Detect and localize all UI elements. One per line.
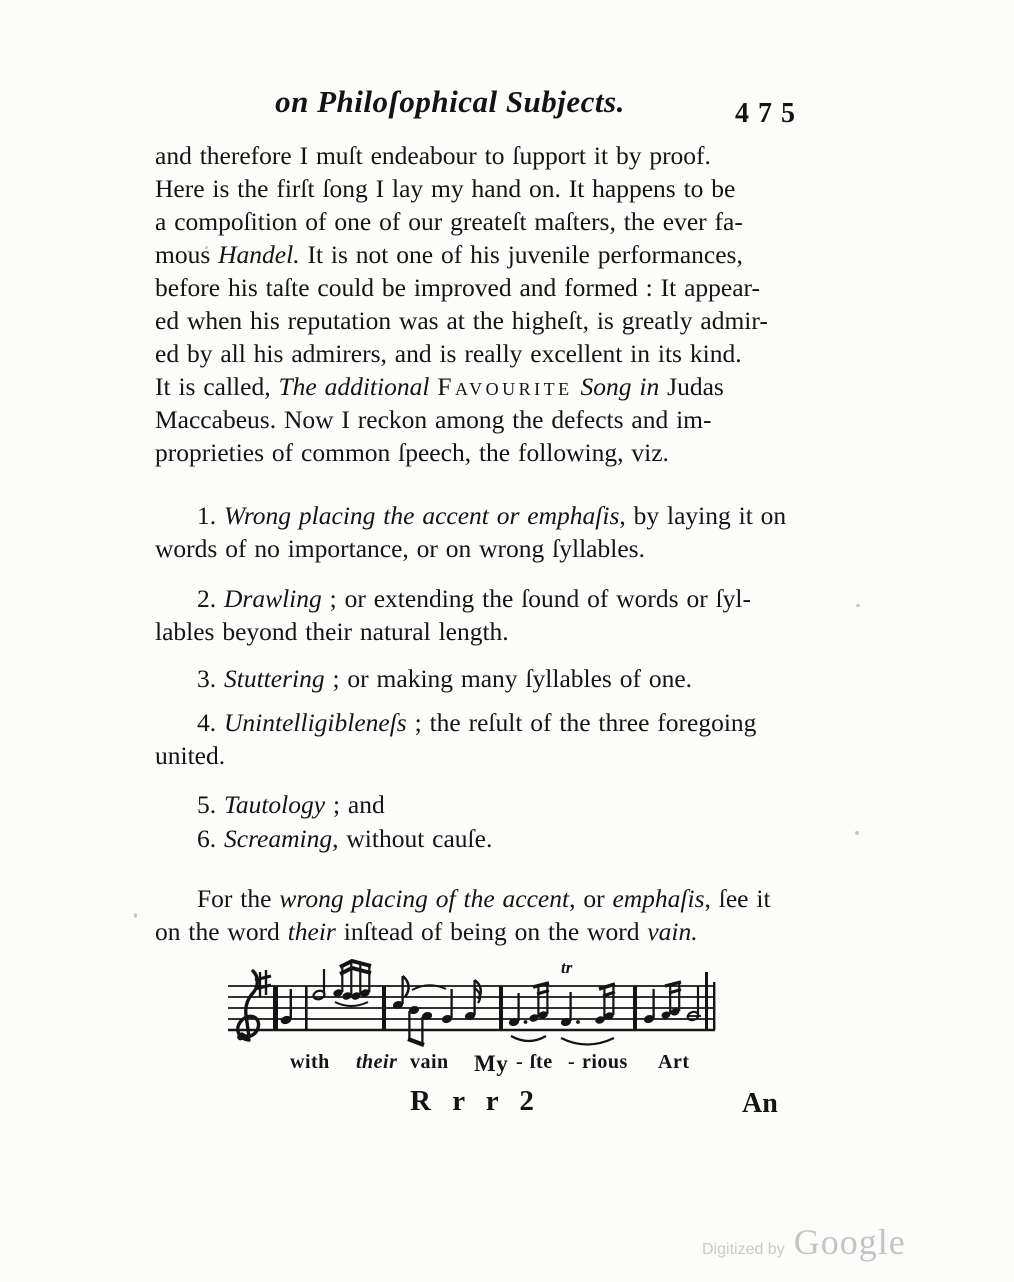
- text-segment: Maccabeus. Now I reckon among the defect…: [155, 405, 712, 434]
- google-logo: Google: [794, 1221, 906, 1263]
- text-line: For the wrong placing of the accent, or …: [155, 882, 805, 915]
- text-line: a compoſition of one of our greateſt maſ…: [155, 205, 805, 238]
- digitized-watermark: Digitized by Google: [702, 1221, 906, 1263]
- lyric-word: their: [356, 1051, 397, 1074]
- text-column: and therefore I muſt endeabour to ſuppor…: [155, 139, 805, 948]
- text-line: before his taſte could be improved and f…: [155, 271, 805, 304]
- text-segment: a compoſition of one of our greateſt maſ…: [155, 207, 743, 236]
- scan-speck: [856, 604, 860, 607]
- text-segment: on the word: [155, 917, 288, 946]
- text-segment: , without cauſe.: [332, 824, 492, 853]
- text-segment: Song in: [573, 372, 660, 401]
- text-segment: Favourite: [437, 372, 572, 401]
- text-line: Here is the firſt ſong I lay my hand on.…: [155, 172, 805, 205]
- text-segment: Tautology: [224, 790, 325, 819]
- text-segment: vain.: [647, 917, 697, 946]
- text-segment: mous: [155, 240, 218, 269]
- text-segment: 3.: [197, 664, 224, 693]
- text-segment: Wrong placing the accent or emphaſis: [224, 501, 619, 530]
- text-segment: 4.: [197, 708, 224, 737]
- text-segment: and therefore I muſt endeabour to ſuppor…: [155, 141, 711, 170]
- text-line: It is called, The additional Favourite S…: [155, 370, 805, 403]
- page-number: 475: [735, 98, 804, 130]
- watermark-prefix: Digitized by: [702, 1241, 785, 1259]
- text-segment: ; and: [325, 790, 385, 819]
- list-item: 1. Wrong placing the accent or emphaſis,…: [155, 499, 805, 565]
- text-segment: Screaming: [224, 824, 332, 853]
- list-item: 6. Screaming, without cauſe.: [155, 822, 805, 855]
- text-segment: ; or making many ſyllables of one.: [325, 664, 692, 693]
- text-segment: ; the reſult of the three foregoing: [407, 708, 757, 737]
- list-item: 3. Stuttering ; or making many ſyllables…: [155, 662, 805, 695]
- lyric-word: vain: [410, 1051, 449, 1074]
- scan-speck: [855, 831, 859, 835]
- text-segment: For the: [197, 884, 279, 913]
- text-segment: , or: [569, 884, 612, 913]
- text-segment: , by laying it on: [619, 501, 786, 530]
- text-segment: proprieties of common ſpeech, the follow…: [155, 438, 669, 467]
- text-segment: 6.: [197, 824, 224, 853]
- text-segment: their: [288, 917, 336, 946]
- text-segment: ed by all his admirers, and is really ex…: [155, 339, 742, 368]
- text-segment: ed when his reputation was at the higheſ…: [155, 306, 768, 335]
- lyric-hyphen: -: [568, 1051, 575, 1074]
- text-segment: Unintelligibleneſs: [224, 708, 407, 737]
- list-item: 4. Unintelligibleneſs ; the reſult of th…: [155, 706, 805, 772]
- scan-speck: [205, 246, 208, 249]
- text-line: 6. Screaming, without cauſe.: [155, 822, 805, 855]
- text-segment: 2.: [197, 584, 224, 613]
- paragraph: and therefore I muſt endeabour to ſuppor…: [155, 139, 805, 469]
- text-segment: wrong placing of the accent: [279, 884, 569, 913]
- text-line: united.: [155, 739, 805, 772]
- book-page-scan: on Philoſophical Subjects. 475 and there…: [0, 0, 1014, 1282]
- text-segment: before his taſte could be improved and f…: [155, 273, 760, 302]
- text-segment: Judas: [659, 372, 724, 401]
- text-segment: It is called,: [155, 372, 278, 401]
- music-example: tr: [228, 956, 728, 1086]
- text-segment: emphaſis: [612, 884, 704, 913]
- text-segment: , ſee it: [705, 884, 771, 913]
- lyric-word: ſte: [530, 1051, 553, 1074]
- text-line: words of no importance, or on wrong ſyll…: [155, 532, 805, 565]
- text-segment: Handel.: [218, 240, 299, 269]
- text-line: 1. Wrong placing the accent or emphaſis,…: [155, 499, 805, 532]
- text-line: and therefore I muſt endeabour to ſuppor…: [155, 139, 805, 172]
- text-segment: 5.: [197, 790, 224, 819]
- lyric-word: rious: [582, 1051, 628, 1074]
- music-staff: tr: [228, 956, 728, 1056]
- lyric-word: Art: [658, 1051, 689, 1074]
- lyric-word: My: [474, 1051, 508, 1077]
- paragraph: For the wrong placing of the accent, or …: [155, 882, 805, 948]
- text-segment: inſtead of being on the word: [336, 917, 647, 946]
- text-segment: lables beyond their natural length.: [155, 617, 509, 646]
- text-segment: united.: [155, 741, 225, 770]
- list-item: 2. Drawling ; or extending the ſound of …: [155, 582, 805, 648]
- text-line: 3. Stuttering ; or making many ſyllables…: [155, 662, 805, 695]
- running-title: on Philoſophical Subjects.: [150, 84, 750, 120]
- text-segment: ; or extending the ſound of words or ſyl…: [322, 584, 751, 613]
- signature-mark: R r r 2: [410, 1085, 541, 1118]
- text-segment: Stuttering: [224, 664, 325, 693]
- text-line: ed when his reputation was at the higheſ…: [155, 304, 805, 337]
- lyric-word: with: [290, 1051, 330, 1074]
- trill-ornament: tr: [561, 958, 573, 977]
- list-item: 5. Tautology ; and: [155, 788, 805, 821]
- text-line: proprieties of common ſpeech, the follow…: [155, 436, 805, 469]
- text-segment: Drawling: [224, 584, 322, 613]
- scan-speck: [134, 913, 137, 918]
- text-line: 4. Unintelligibleneſs ; the reſult of th…: [155, 706, 805, 739]
- text-line: 5. Tautology ; and: [155, 788, 805, 821]
- text-line: Maccabeus. Now I reckon among the defect…: [155, 403, 805, 436]
- text-segment: 1.: [197, 501, 224, 530]
- catchword: An: [742, 1088, 778, 1120]
- text-segment: It is not one of his juvenile performanc…: [300, 240, 743, 269]
- text-segment: The additional: [278, 372, 437, 401]
- text-line: mous Handel. It is not one of his juveni…: [155, 238, 805, 271]
- text-line: 2. Drawling ; or extending the ſound of …: [155, 582, 805, 615]
- text-segment: Here is the firſt ſong I lay my hand on.…: [155, 174, 735, 203]
- text-line: lables beyond their natural length.: [155, 615, 805, 648]
- text-line: on the word their inſtead of being on th…: [155, 915, 805, 948]
- text-segment: words of no importance, or on wrong ſyll…: [155, 534, 645, 563]
- text-line: ed by all his admirers, and is really ex…: [155, 337, 805, 370]
- lyric-hyphen: -: [516, 1051, 523, 1074]
